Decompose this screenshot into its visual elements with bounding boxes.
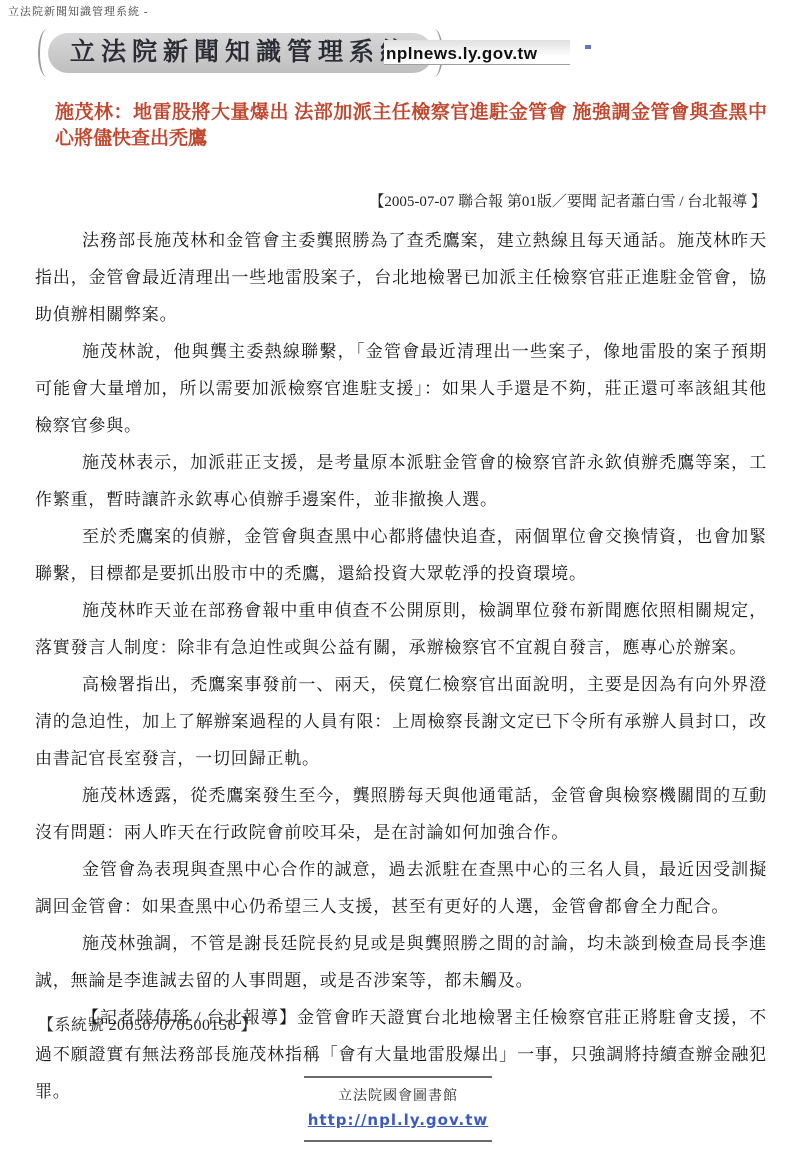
article-paragraph: 施茂林強調，不管是謝長廷院長約見或是與龔照勝之間的討論，均未談到檢查局長李進誠，…	[35, 925, 767, 999]
article-paragraph: 施茂林昨天並在部務會報中重申偵查不公開原則，檢調單位發布新聞應依照相關規定，落實…	[35, 592, 767, 666]
app-logo: 立法院新聞知識管理系統	[38, 28, 443, 78]
article-paragraph: 金管會為表現與查黑中心合作的誠意，過去派駐在查黑中心的三名人員，最近因受訓擬調回…	[35, 851, 767, 925]
article-paragraph: 法務部長施茂林和金管會主委龔照勝為了查禿鷹案，建立熱線且每天通話。施茂林昨天指出…	[35, 222, 767, 333]
article-headline: 施茂林：地雷股將大量爆出 法部加派主任檢察官進駐金管會 施強調金管會與查黑中心將…	[55, 100, 767, 152]
footer: 立法院國會圖書館 http://npl.ly.gov.tw	[304, 1076, 492, 1142]
blue-marker	[585, 45, 591, 49]
library-link[interactable]: http://npl.ly.gov.tw	[308, 1111, 489, 1129]
page: { "window": { "title": "立法院新聞知識管理系統 -" }…	[0, 0, 800, 1162]
article-byline: 【2005-07-07 聯合報 第01版／要聞 記者蕭白雪 / 台北報導 】	[0, 190, 766, 211]
article-paragraph: 施茂林說，他與龔主委熱線聯繫，「金管會最近清理出一些案子，像地雷股的案子預期可能…	[35, 333, 767, 444]
window-title: 立法院新聞知識管理系統 -	[8, 3, 148, 19]
article-body: 法務部長施茂林和金管會主委龔照勝為了查禿鷹案，建立熱線且每天通話。施茂林昨天指出…	[35, 222, 767, 1110]
article-paragraph: 施茂林透露，從禿鷹案發生至今，龔照勝每天與他通電話，金管會與檢察機關間的互動沒有…	[35, 777, 767, 851]
library-name: 立法院國會圖書館	[304, 1085, 492, 1105]
app-logo-badge: 立法院新聞知識管理系統	[48, 33, 433, 73]
system-number: 【系統號 200507070500156 】	[38, 1012, 257, 1035]
site-domain: nplnews.ly.gov.tw	[386, 44, 537, 64]
article-paragraph: 高檢署指出，禿鷹案事發前一、兩天，侯寬仁檢察官出面說明，主要是因為有向外界澄清的…	[35, 666, 767, 777]
site-domain-banner: nplnews.ly.gov.tw	[384, 40, 570, 65]
article-paragraph: 至於禿鷹案的偵辦，金管會與查黑中心都將儘快追查，兩個單位會交換情資，也會加緊聯繫…	[35, 518, 767, 592]
article-paragraph: 施茂林表示，加派莊正支援，是考量原本派駐金管會的檢察官許永欽偵辦禿鷹等案，工作繁…	[35, 444, 767, 518]
